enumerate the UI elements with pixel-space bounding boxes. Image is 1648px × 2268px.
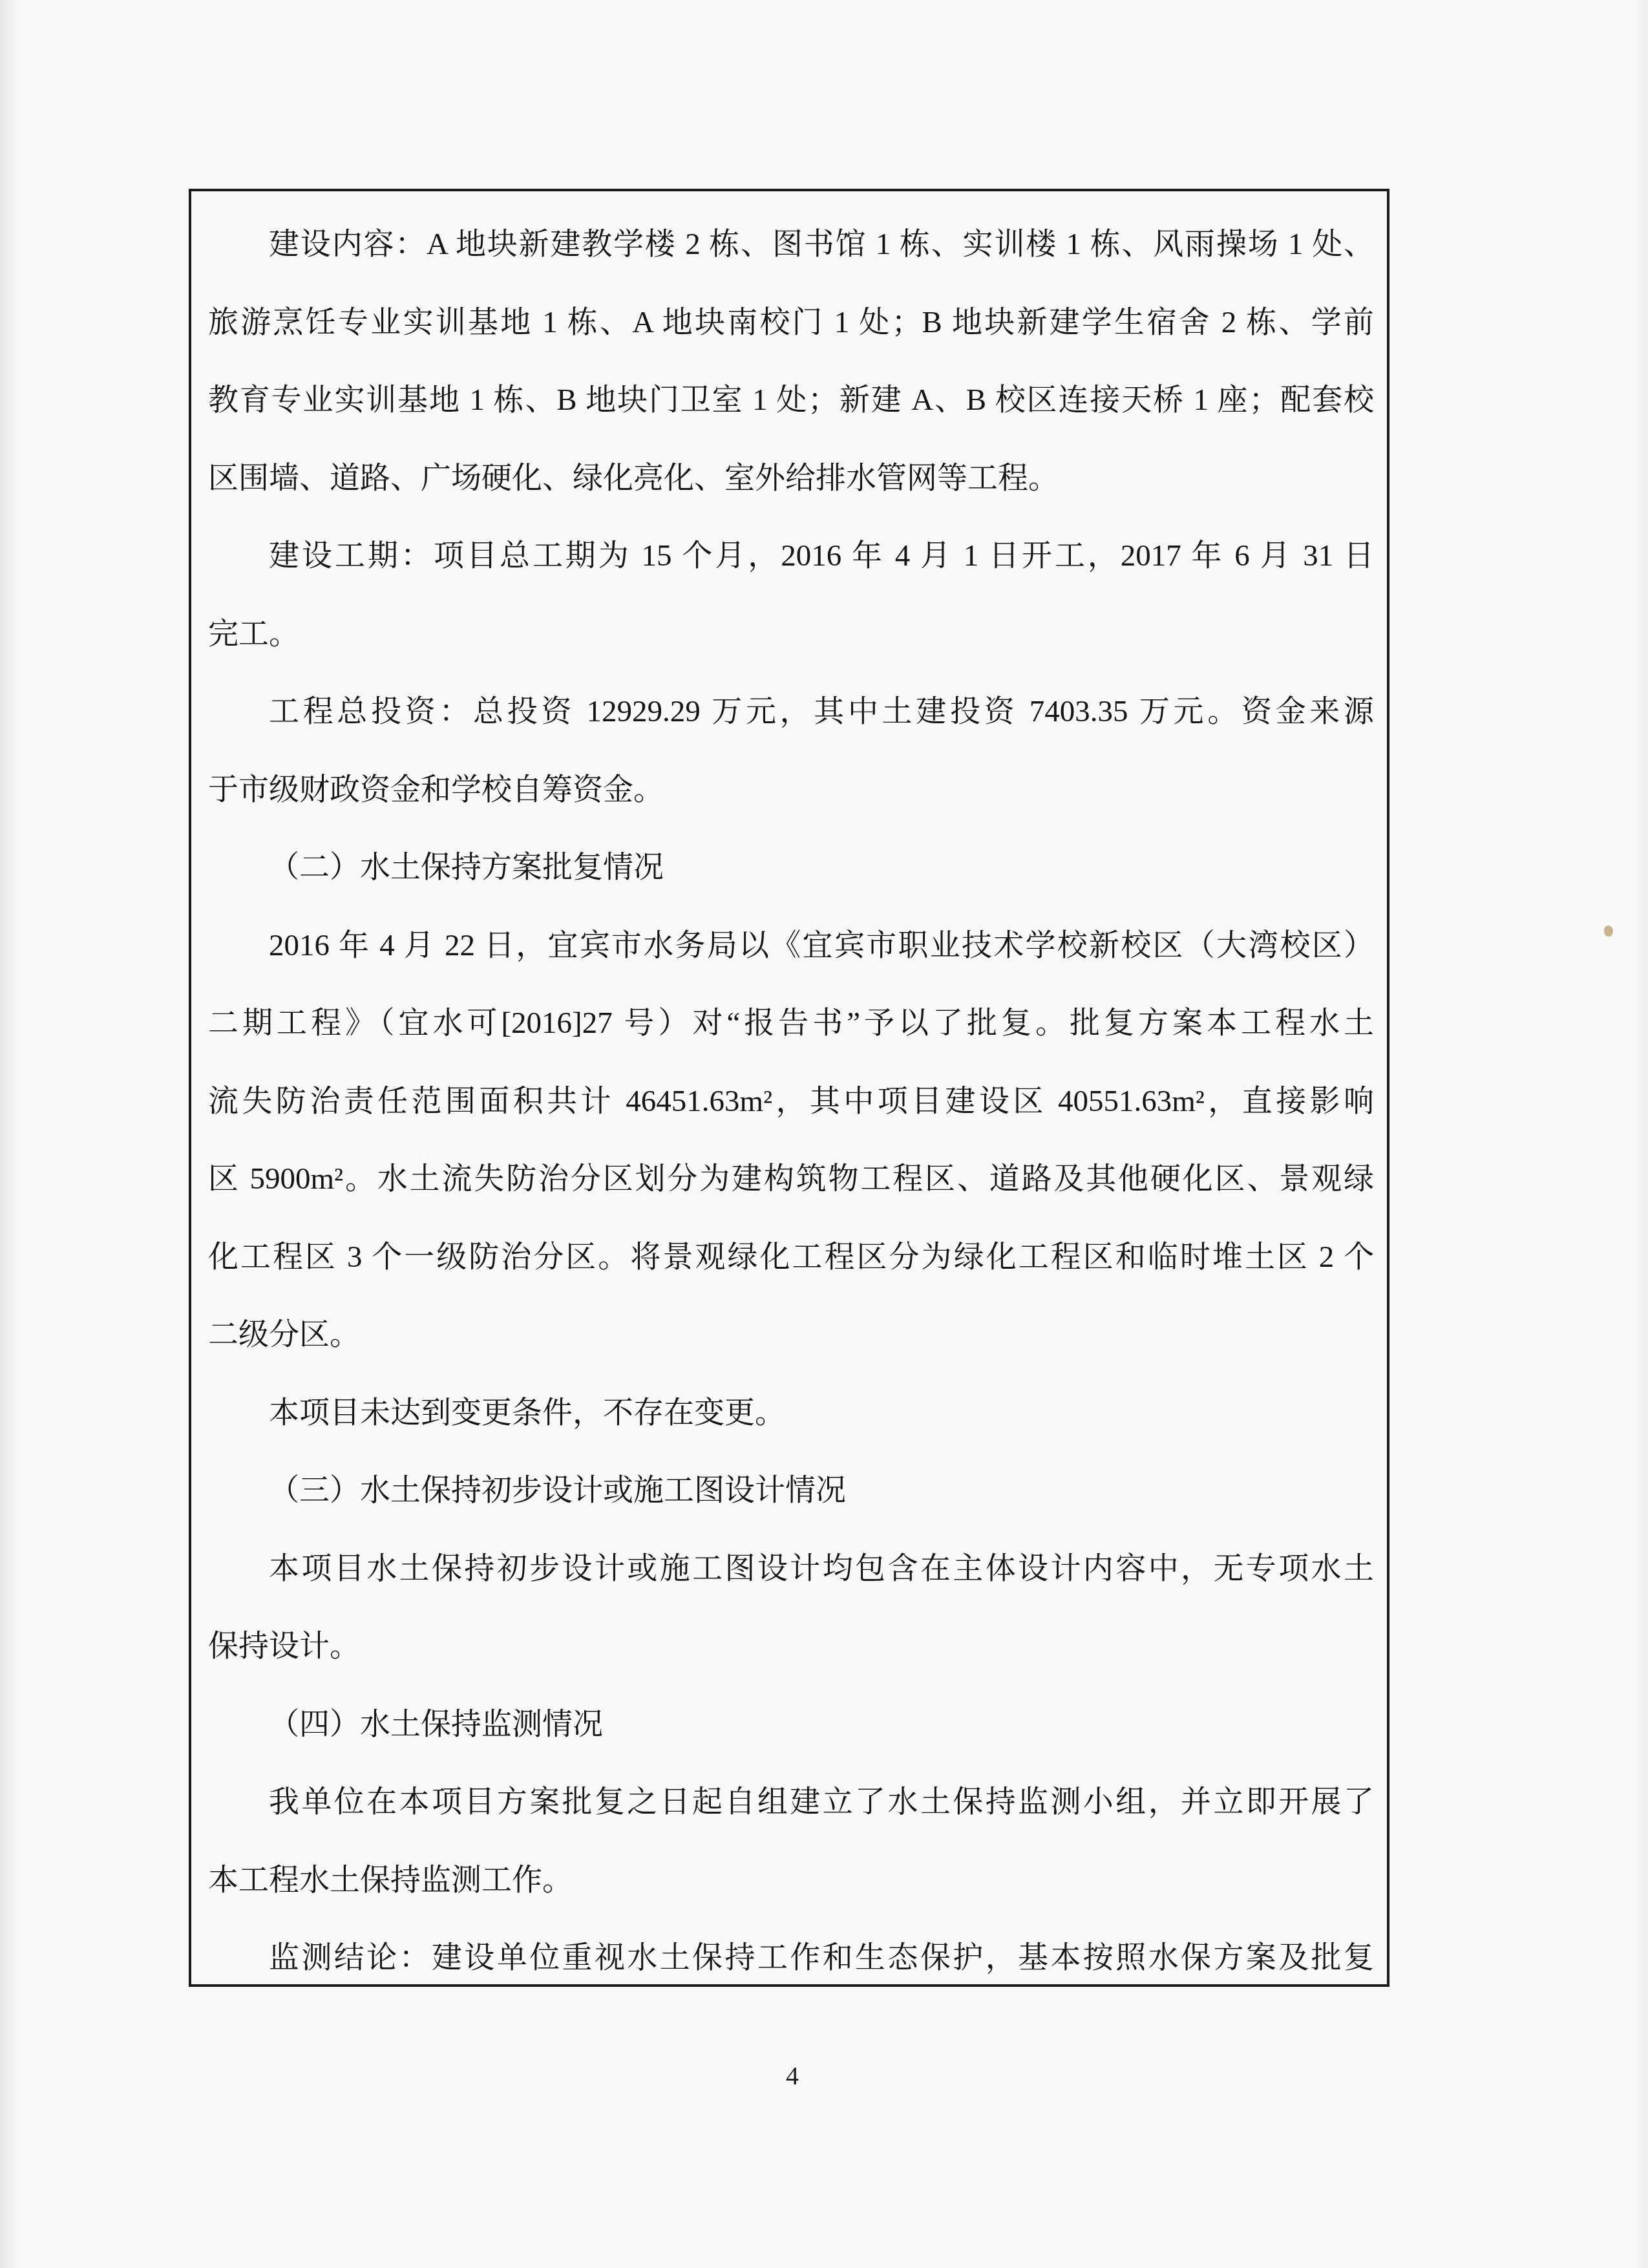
scan-edge-shadow-right xyxy=(1634,0,1648,2268)
text-line: 2016 年 4 月 22 日，宜宾市水务局以《宜宾市职业技术学校新校区（大湾校… xyxy=(208,907,1374,985)
text-line: 二期工程》（宜水可[2016]27 号）对“报告书”予以了批复。批复方案本工程水… xyxy=(208,984,1374,1063)
section-heading-line: （四）水土保持监测情况 xyxy=(208,1686,1374,1764)
section-heading-line: （二）水土保持方案批复情况 xyxy=(208,829,1374,907)
text-line: 于市级财政资金和学校自筹资金。 xyxy=(208,751,1374,829)
text-line: 二级分区。 xyxy=(208,1296,1374,1374)
text-line: 教育专业实训基地 1 栋、B 地块门卫室 1 处；新建 A、B 校区连接天桥 1… xyxy=(208,361,1374,440)
section-heading-line: （三）水土保持初步设计或施工图设计情况 xyxy=(208,1452,1374,1530)
scan-edge-shadow-left xyxy=(0,0,18,2268)
text-line: 化工程区 3 个一级防治分区。将景观绿化工程区分为绿化工程区和临时堆土区 2 个 xyxy=(208,1218,1374,1297)
paper-speck xyxy=(1604,926,1613,937)
document-page: 建设内容：A 地块新建教学楼 2 栋、图书馆 1 栋、实训楼 1 栋、风雨操场 … xyxy=(0,0,1648,2268)
text-line: 区 5900m²。水土流失防治分区划分为建构筑物工程区、道路及其他硬化区、景观绿 xyxy=(208,1140,1374,1218)
text-line: 监测结论：建设单位重视水土保持工作和生态保护，基本按照水保方案及批复 xyxy=(208,1919,1374,1987)
text-line: 我单位在本项目方案批复之日起自组建立了水土保持监测小组，并立即开展了 xyxy=(208,1763,1374,1841)
text-line: 保持设计。 xyxy=(208,1607,1374,1686)
text-line: 旅游烹饪专业实训基地 1 栋、A 地块南校门 1 处；B 地块新建学生宿舍 2 … xyxy=(208,284,1374,362)
text-line: 区围墙、道路、广场硬化、绿化亮化、室外给排水管网等工程。 xyxy=(208,440,1374,518)
text-line: 完工。 xyxy=(208,595,1374,673)
text-line: 工程总投资：总投资 12929.29 万元，其中土建投资 7403.35 万元。… xyxy=(208,673,1374,751)
text-line: 本工程水土保持监测工作。 xyxy=(208,1841,1374,1920)
text-line: 流失防治责任范围面积共计 46451.63m²，其中项目建设区 40551.63… xyxy=(208,1063,1374,1141)
content-box: 建设内容：A 地块新建教学楼 2 栋、图书馆 1 栋、实训楼 1 栋、风雨操场 … xyxy=(189,189,1389,1987)
text-line: 建设内容：A 地块新建教学楼 2 栋、图书馆 1 栋、实训楼 1 栋、风雨操场 … xyxy=(208,206,1374,284)
text-line: 本项目未达到变更条件，不存在变更。 xyxy=(208,1374,1374,1452)
page-number: 4 xyxy=(0,2061,1585,2091)
text-line: 建设工期：项目总工期为 15 个月，2016 年 4 月 1 日开工，2017 … xyxy=(208,517,1374,595)
text-line: 本项目水土保持初步设计或施工图设计均包含在主体设计内容中，无专项水土 xyxy=(208,1530,1374,1608)
